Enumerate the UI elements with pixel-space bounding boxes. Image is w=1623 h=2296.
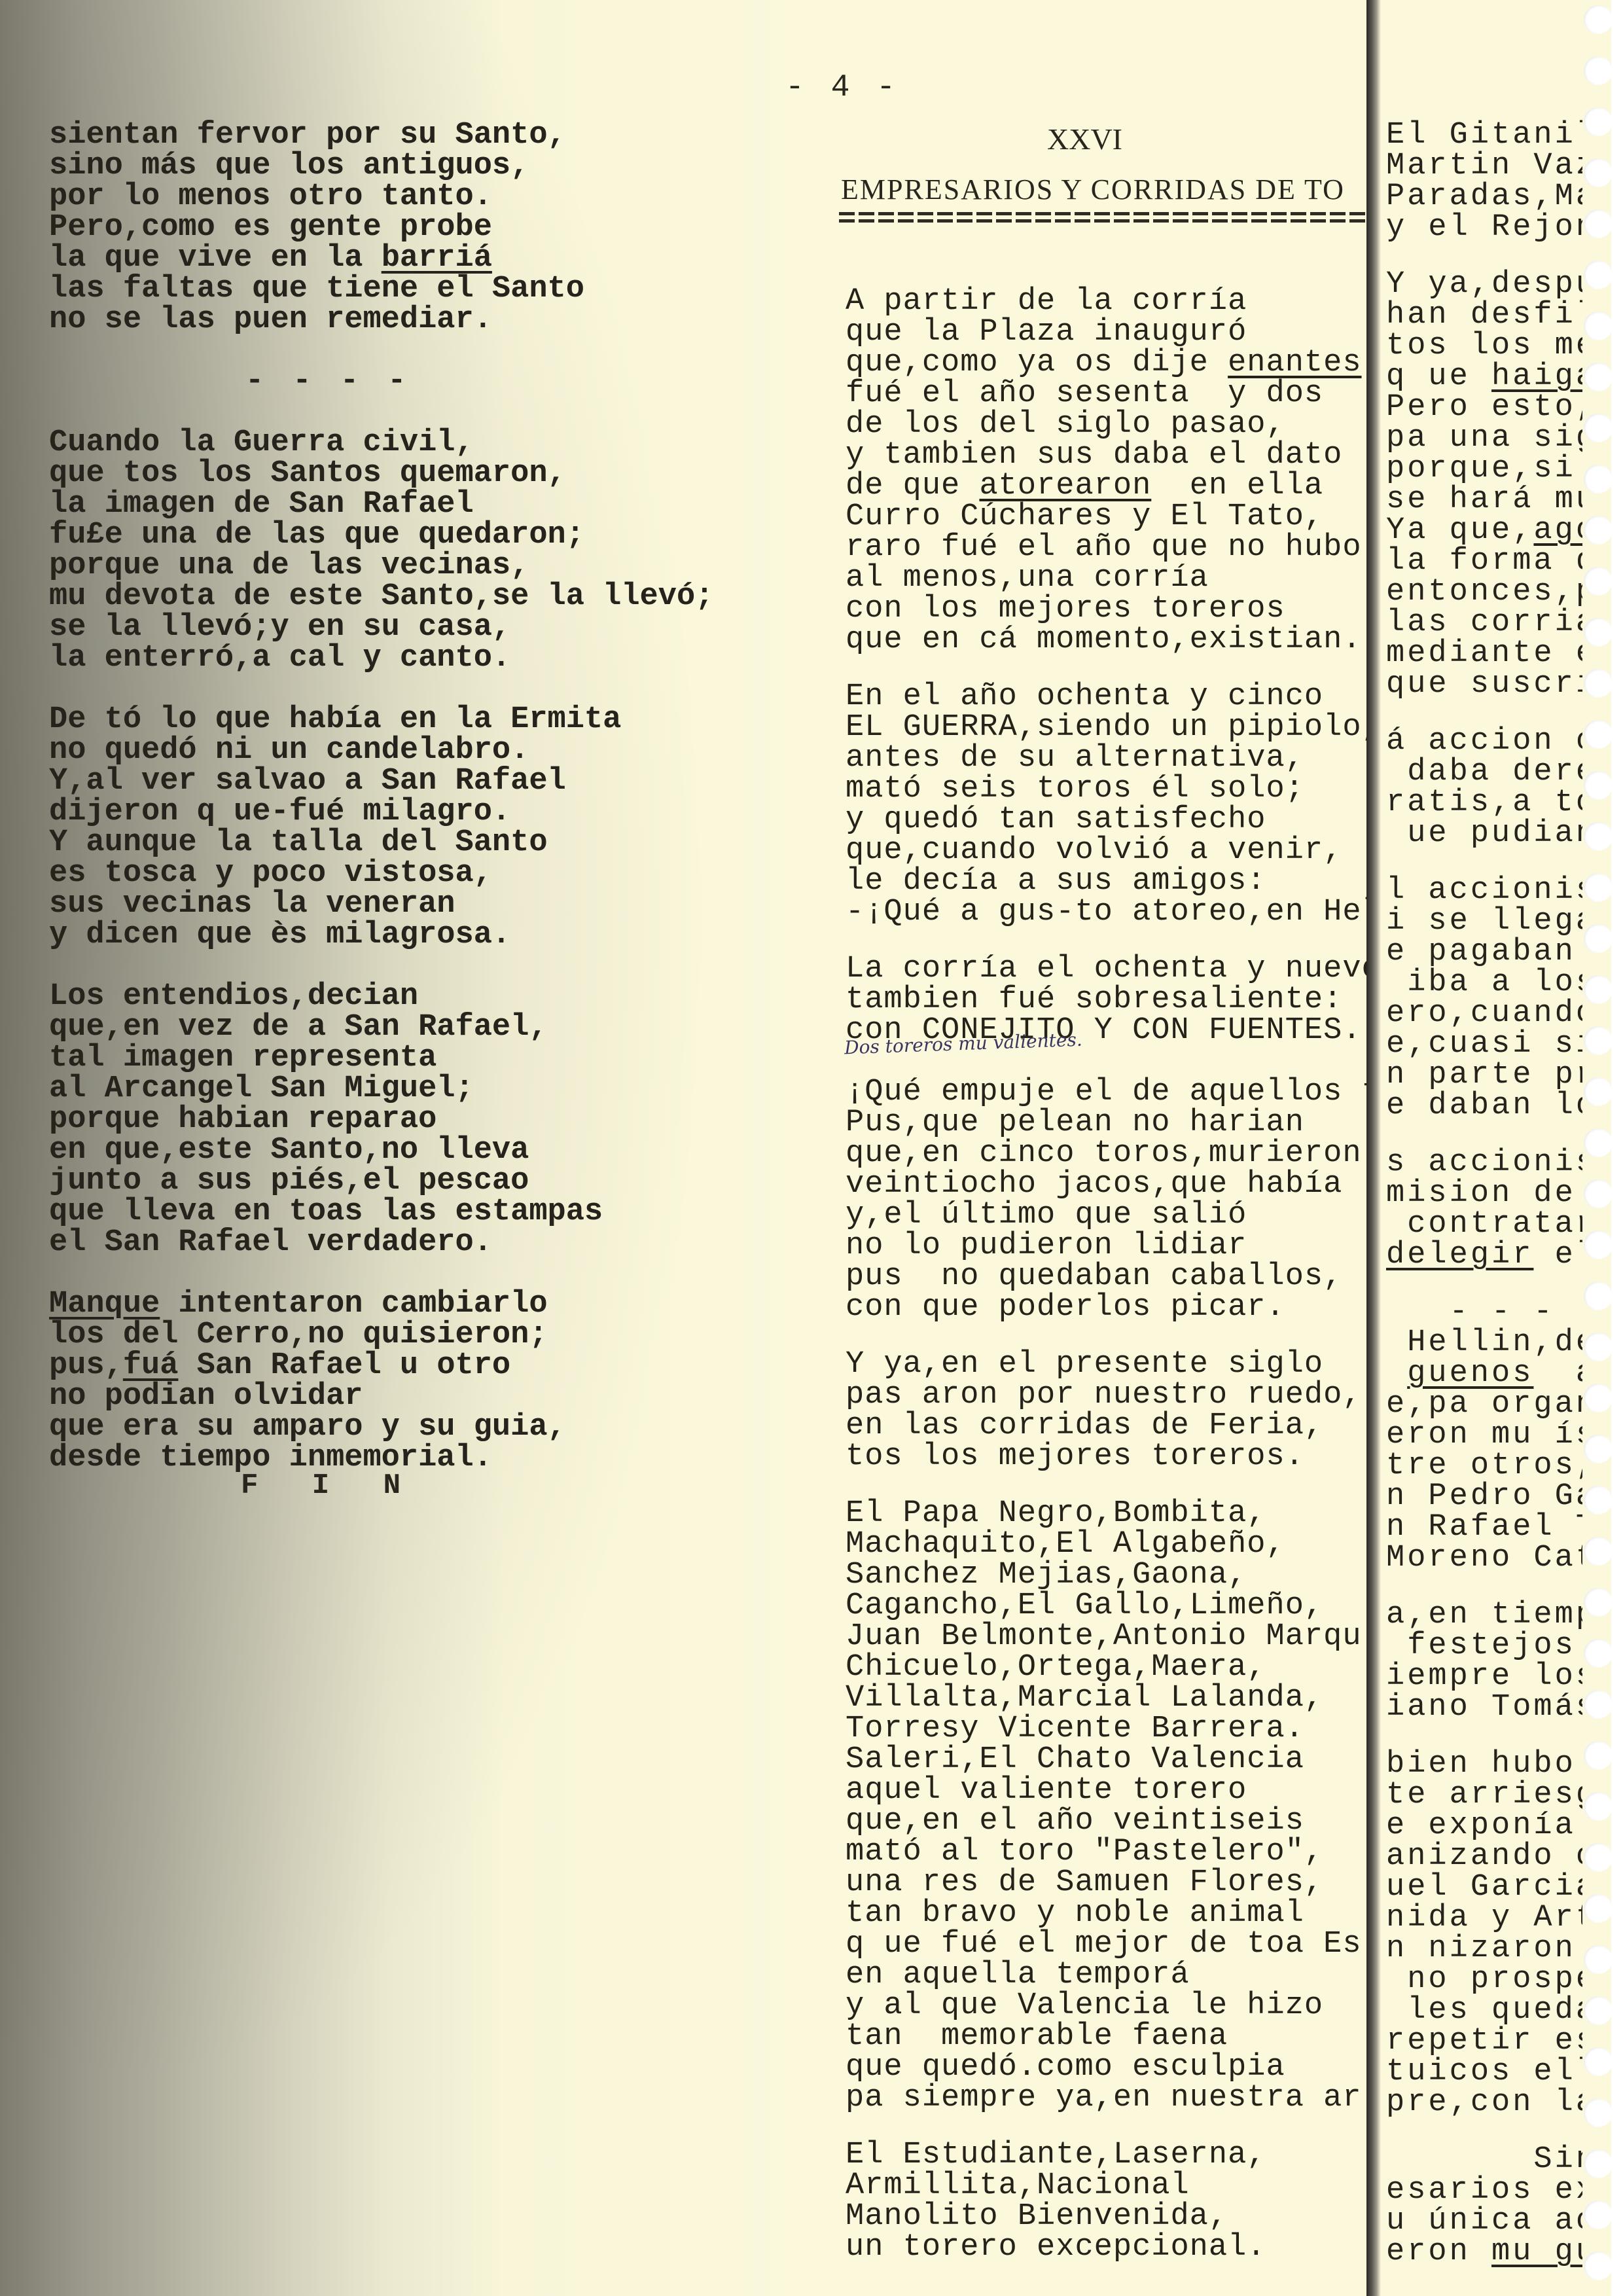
verse-line: que en cá momento,existian.. [846,624,1381,655]
verse-line: se la llevó;y en su casa, [49,612,713,643]
punch-hole [1584,209,1613,238]
verse-line: y quedó tan satisfecho [846,804,1381,835]
punch-hole [1584,1282,1613,1310]
verse-line: - - - [1386,1297,1582,1327]
verse-line: no podian olvidar [49,1381,713,1412]
punch-hole [1584,465,1613,493]
verse-line: que tos los Santos quemaron, [49,458,713,489]
verse-line: tan bravo y noble animal [846,1898,1381,1929]
underlined-word: mu gue [1491,2234,1582,2269]
verse-line: sino más que los antiguos, [49,151,713,181]
punch-hole [1584,771,1613,800]
stanza: El Papa Negro,Bombita,Machaquito,El Alga… [846,1498,1381,2113]
punch-hole [1584,1435,1613,1463]
stanza: El Estudiante,Laserna,Armillita,Nacional… [846,2140,1381,2263]
verse-line: antes de su alternativa, [846,743,1381,774]
verse-line: y,el último que salió [846,1200,1381,1230]
verse-line: guenos ai [1386,1358,1582,1389]
stanza: Y ya,en el presente siglopas aron por nu… [846,1349,1381,1472]
verse-line: tuicos ello [1386,2056,1582,2087]
verse-line: y al que Valencia le hizo [846,1990,1381,2021]
verse-line: Manque intentaron cambiarlo [49,1289,713,1319]
verse-line: e exponía s [1386,1810,1582,1841]
underlined-word: haigan [1491,359,1582,394]
verse-line: Ya que,agora, [1386,515,1582,546]
verse-line: s accionis [1386,1147,1582,1178]
verse-line: Hellin,de [1386,1327,1582,1358]
verse-line: nida y Artu [1386,1903,1582,1933]
punch-hole [1584,1537,1613,1566]
verse-line: Curro Cúchares y El Tato, [846,501,1381,532]
punch-hole [1584,1333,1613,1361]
verse-line: la imagen de San Rafael [49,489,713,520]
verse-line: contratar [1386,1209,1582,1240]
verse-line: desde tiempo inmemorial. [49,1443,713,1473]
punch-hole [1584,2200,1613,2229]
verse-line: de que atorearon en ella [846,471,1381,501]
verse-line: i se llegal [1386,906,1582,937]
stanza: bien hubo te arriesgae exponía sanizando… [1386,1749,1582,2118]
verse-line: que,cuando volvió a venir, [846,835,1381,866]
right-page-poem-fragment: El GitanilMartin VazParadas,May el Rejon… [1386,120,1582,2293]
punch-hole [1584,720,1613,749]
verse-line: anizando co [1386,1841,1582,1872]
verse-line: Sin [1386,2144,1582,2175]
verse-line: por lo menos otro tanto. [49,181,713,212]
verse-line: junto a sus piés,el pescao [49,1166,713,1196]
verse-line: n nizaron [1386,1933,1582,1964]
underlined-word: agora [1533,513,1582,548]
verse-line: no quedó ni un candelabro. [49,735,713,766]
verse-line: e,cuasi sie [1386,1029,1582,1060]
verse-line: no prosper [1386,1964,1582,1995]
stanza: El GitanilMartin VazParadas,May el Rejon [1386,120,1582,243]
verse-line: mató al toro "Pastelero", [846,1837,1381,1867]
punch-hole [1584,1077,1613,1106]
verse-line: Manolito Bienvenida, [846,2201,1381,2232]
stanza: s accionismision de contratardelegir el [1386,1147,1582,1270]
verse-line: iano Tomás [1386,1692,1582,1723]
verse-line: eron mu ísg [1386,1420,1582,1450]
verse-line: que,en cinco toros,murieron [846,1138,1381,1169]
verse-line: tos los mej [1386,331,1582,361]
stanza: Manque intentaron cambiarlolos del Cerro… [49,1289,713,1473]
verse-line: mision de [1386,1178,1582,1209]
verse-line: De tó lo que había en la Ermita [49,704,713,735]
verse-line: iempre los [1386,1661,1582,1692]
verse-line: n Pedro Gar [1386,1481,1582,1512]
verse-line: eron mu gue [1386,2236,1582,2267]
punch-hole [1584,1894,1613,1923]
verse-line: raro fué el año que no hubo [846,532,1381,563]
verse-line: Cuando la Guerra civil, [49,427,713,458]
verse-line: Saleri,El Chato Valencia [846,1744,1381,1775]
stanza: De tó lo que había en la Ermitano quedó … [49,704,713,950]
verse-line: se hará mu l [1386,484,1582,515]
verse-line: entonces,pa [1386,577,1582,607]
page-number: - 4 - [785,70,899,105]
punch-hole [1584,1128,1613,1157]
verse-line: aquel valiente torero [846,1775,1381,1806]
verse-line: fu£e una de las que quedaron; [49,520,713,550]
verse-line: l accionis [1386,875,1582,906]
verse-line: las faltas que tiene el Santo [49,274,713,304]
verse-line: tal imagen representa [49,1043,713,1073]
punch-hole [1584,56,1613,85]
verse-line: con los mejores toreros [846,594,1381,624]
punch-hole [1584,2098,1613,2127]
verse-line: porque habian reparao [49,1104,713,1135]
punch-hole [1584,1843,1613,1872]
stanza: Los entendios,decianque,en vez de a San … [49,981,713,1258]
underlined-word: atorearon [979,469,1151,503]
verse-line: pus no quedaban caballos, [846,1261,1381,1292]
verse-line: fué el año sesenta y dos [846,378,1381,409]
verse-line: de los del siglo pasao, [846,409,1381,440]
underlined-word: delegir [1386,1238,1533,1272]
verse-line: e,pa organi [1386,1389,1582,1420]
verse-line: la forma qu [1386,546,1582,577]
verse-line: Moreno Cata [1386,1543,1582,1573]
punch-hole [1584,1588,1613,1617]
verse-line: pa siempre ya,en nuestra ar [846,2083,1381,2113]
punch-hole [1584,158,1613,187]
punch-hole [1584,516,1613,545]
punch-hole [1584,873,1613,902]
verse-line: un torero excepcional. [846,2232,1381,2263]
verse-line: te arriesga [1386,1780,1582,1810]
verse-line: En el año ochenta y cinco [846,681,1381,712]
punch-hole [1584,1230,1613,1259]
verse-line: sus vecinas la veneran [49,889,713,920]
chapter-number: XXVI [1047,122,1122,156]
verse-line: Juan Belmonte,Antonio Marqu [846,1621,1381,1652]
punch-hole [1584,669,1613,698]
verse-line: mediante emi [1386,638,1582,669]
verse-line: Y aunque la talla del Santo [49,827,713,858]
verse-line: porque,si a [1386,454,1582,484]
verse-line: El Estudiante,Laserna, [846,2140,1381,2170]
stanza: Sinesarios expu única acteron mu gue [1386,2144,1582,2267]
verse-line: la que vive en la barriá [49,243,713,274]
stanza: l accionisi se llegale pagaban s iba a l… [1386,875,1582,1121]
verse-line: pus,fuá San Rafael u otro [49,1350,713,1381]
verse-line: Armillita,Nacional [846,2170,1381,2201]
verse-line: bien hubo [1386,1749,1582,1780]
verse-line: esarios exp [1386,2175,1582,2206]
verse-line: que,en el año veintiseis [846,1806,1381,1837]
verse-line: -¡Qué a gus-to atoreo,en Hel [846,897,1381,927]
verse-line: y tambien sus daba el dato [846,440,1381,471]
verse-line: les quedar [1386,1995,1582,2026]
punch-hole [1584,414,1613,442]
punch-hole [1584,1741,1613,1770]
verse-line: tos los mejores toreros. [846,1441,1381,1472]
verse-line: n Rafael Tom [1386,1512,1582,1543]
stanza: - - - Hellin,de guenos aie,pa organieron… [1386,1297,1582,1573]
verse-line: Paradas,Ma [1386,181,1582,212]
verse-line: los del Cerro,no quisieron; [49,1319,713,1350]
verse-line: q ue fué el mejor de toa Es [846,1929,1381,1960]
end-mark: F I N [241,1469,419,1502]
verse-line: que era su amparo y su guia, [49,1412,713,1443]
verse-line: A partir de la corría [846,286,1381,317]
verse-line: Villalta,Marcial Lalanda, [846,1683,1381,1713]
verse-line: con que poderlos picar. [846,1292,1381,1323]
verse-line: que,en vez de a San Rafael, [49,1012,713,1043]
verse-line: delegir el [1386,1240,1582,1270]
verse-line: en aquella temporá [846,1960,1381,1990]
verse-line: Machaquito,El Algabeño, [846,1529,1381,1560]
verse-line: festejos l [1386,1630,1582,1661]
verse-line: e pagaban s [1386,937,1582,967]
verse-line: daba derec [1386,757,1582,787]
verse-line: en que,este Santo,no lleva [49,1135,713,1166]
punch-hole [1584,2047,1613,2076]
verse-line: es tosca y poco vistosa, [49,858,713,889]
punch-hole [1584,260,1613,289]
punch-hole [1584,2251,1613,2280]
punch-hole [1584,1945,1613,1974]
punch-hole [1584,1792,1613,1821]
underlined-word: fuá [123,1348,179,1383]
underlined-word: guenos [1407,1356,1533,1391]
punch-hole [1584,1690,1613,1719]
stanza: a,en tiempo festejos liempre los iano To… [1386,1600,1582,1723]
punch-hole [1584,618,1613,647]
verse-line: El Papa Negro,Bombita, [846,1498,1381,1529]
verse-line: mu devota de este Santo,se la llevó; [49,581,713,612]
verse-line: Pero,como es gente probe [49,212,713,243]
verse-line: tambien fué sobresaliente: [846,984,1381,1015]
verse-line: uel Garcia [1386,1872,1582,1903]
verse-line: que quedó.como esculpia [846,2052,1381,2083]
page-overlap-shadow [1366,0,1381,2296]
verse-line: no lo pudieron lidiar [846,1230,1381,1261]
punch-hole [1584,1384,1613,1412]
verse-line: han desfil [1386,300,1582,331]
verse-line: que lleva en toas las estampas [49,1196,713,1227]
verse-line: El Gitanil [1386,120,1582,151]
verse-line: n parte pro [1386,1060,1582,1090]
verse-line: las corrias [1386,607,1582,638]
title-double-rule [839,212,1374,224]
verse-line: a,en tiempo [1386,1600,1582,1630]
verse-line: una res de Samuen Flores, [846,1867,1381,1898]
punch-hole [1584,107,1613,136]
verse-line: que suscribi [1386,669,1582,700]
verse-line: ue pudian [1386,818,1582,849]
verse-line: pas aron por nuestro ruedo, [846,1380,1381,1410]
left-page-poem: sientan fervor por su Santo,sino más que… [49,120,713,1504]
verse-line: iba a los [1386,967,1582,998]
punch-hole [1584,312,1613,340]
verse-line: tan memorable faena [846,2021,1381,2052]
underlined-word: enantes [1228,346,1361,380]
punch-hole [1584,363,1613,391]
verse-line: e daban lo [1386,1090,1582,1121]
verse-line: Cagancho,El Gallo,Limeño, [846,1590,1381,1621]
verse-line: pre,con la [1386,2087,1582,2118]
stanza: Y ya,despuhan desfiltos los mejq ue haig… [1386,269,1582,700]
verse-line: al Arcangel San Miguel; [49,1073,713,1104]
verse-line: Torresy Vicente Barrera. [846,1713,1381,1744]
chapter-title: EMPRESARIOS Y CORRIDAS DE TO [841,173,1378,206]
punch-hole [1584,924,1613,953]
verse-line: ratis,a toa [1386,787,1582,818]
punch-hole [1584,822,1613,851]
verse-line: que la Plaza inauguró [846,317,1381,348]
verse-line: al menos,una corría [846,563,1381,594]
verse-line: porque una de las vecinas, [49,550,713,581]
verse-line: y dicen que ès milagrosa. [49,920,713,950]
punch-hole [1584,975,1613,1004]
paper-edge [1611,0,1623,2296]
verse-line: Los entendios,decian [49,981,713,1012]
verse-line: u única act [1386,2206,1582,2236]
verse-line: La corría el ochenta y nueve [846,954,1381,984]
verse-line: Pus,que pelean no harian [846,1107,1381,1138]
verse-line: tre otros,e [1386,1450,1582,1481]
stanza: sientan fervor por su Santo,sino más que… [49,120,713,335]
punch-hole [1584,1996,1613,2025]
verse-line: el San Rafael verdadero. [49,1227,713,1258]
main-page-poem: A partir de la corríaque la Plaza inaugu… [846,286,1381,2289]
stanza: A partir de la corríaque la Plaza inaugu… [846,286,1381,655]
verse-line: Y ya,en el presente siglo [846,1349,1381,1380]
stanza: Cuando la Guerra civil,que tos los Santo… [49,427,713,673]
stanza: á accion co daba derecratis,a toa ue pud… [1386,726,1582,849]
verse-line: Pero esto, [1386,392,1582,423]
stanza-separator: - - - - [49,366,713,397]
verse-line: Martin Vaz [1386,151,1582,181]
punch-hole [1584,1179,1613,1208]
punch-hole [1584,1026,1613,1055]
verse-line: EL GUERRA,siendo un pipiolo, [846,712,1381,743]
punch-hole [1584,2149,1613,2178]
verse-line: y el Rejon [1386,212,1582,243]
verse-line: repetir esta [1386,2026,1582,2056]
verse-line: la enterró,a cal y canto. [49,643,713,673]
verse-line: Y,al ver salvao a San Rafael [49,766,713,797]
verse-line: dijeron q ue-fué milagro. [49,797,713,827]
verse-line: Sanchez Mejias,Gaona, [846,1560,1381,1590]
verse-line: que,como ya os dije enantes [846,348,1381,378]
verse-line: mató seis toros él solo; [846,774,1381,804]
underlined-word: Manque [49,1287,160,1321]
verse-line: q ue haigan [1386,361,1582,392]
punch-hole [1584,1639,1613,1668]
verse-line: veintiocho jacos,que había [846,1169,1381,1200]
underlined-word: barriá [382,241,492,276]
punch-hole [1584,5,1613,34]
punch-hole [1584,1486,1613,1515]
stanza: En el año ochenta y cincoEL GUERRA,siend… [846,681,1381,927]
verse-line: ero,cuando s [1386,998,1582,1029]
verse-line: á accion co [1386,726,1582,757]
verse-line: le decía a sus amigos: [846,866,1381,897]
punch-hole [1584,567,1613,596]
verse-line: Y ya,despu [1386,269,1582,300]
verse-line: pa una sig [1386,423,1582,454]
verse-line: no se las puen remediar. [49,304,713,335]
stanza: La corría el ochenta y nuevetambien fué … [846,954,1381,1323]
verse-line: ¡Qué empuje el de aquellos t [846,1077,1381,1107]
verse-line: sientan fervor por su Santo, [49,120,713,151]
verse-line: Chicuelo,Ortega,Maera, [846,1652,1381,1683]
verse-line: en las corridas de Feria, [846,1410,1381,1441]
